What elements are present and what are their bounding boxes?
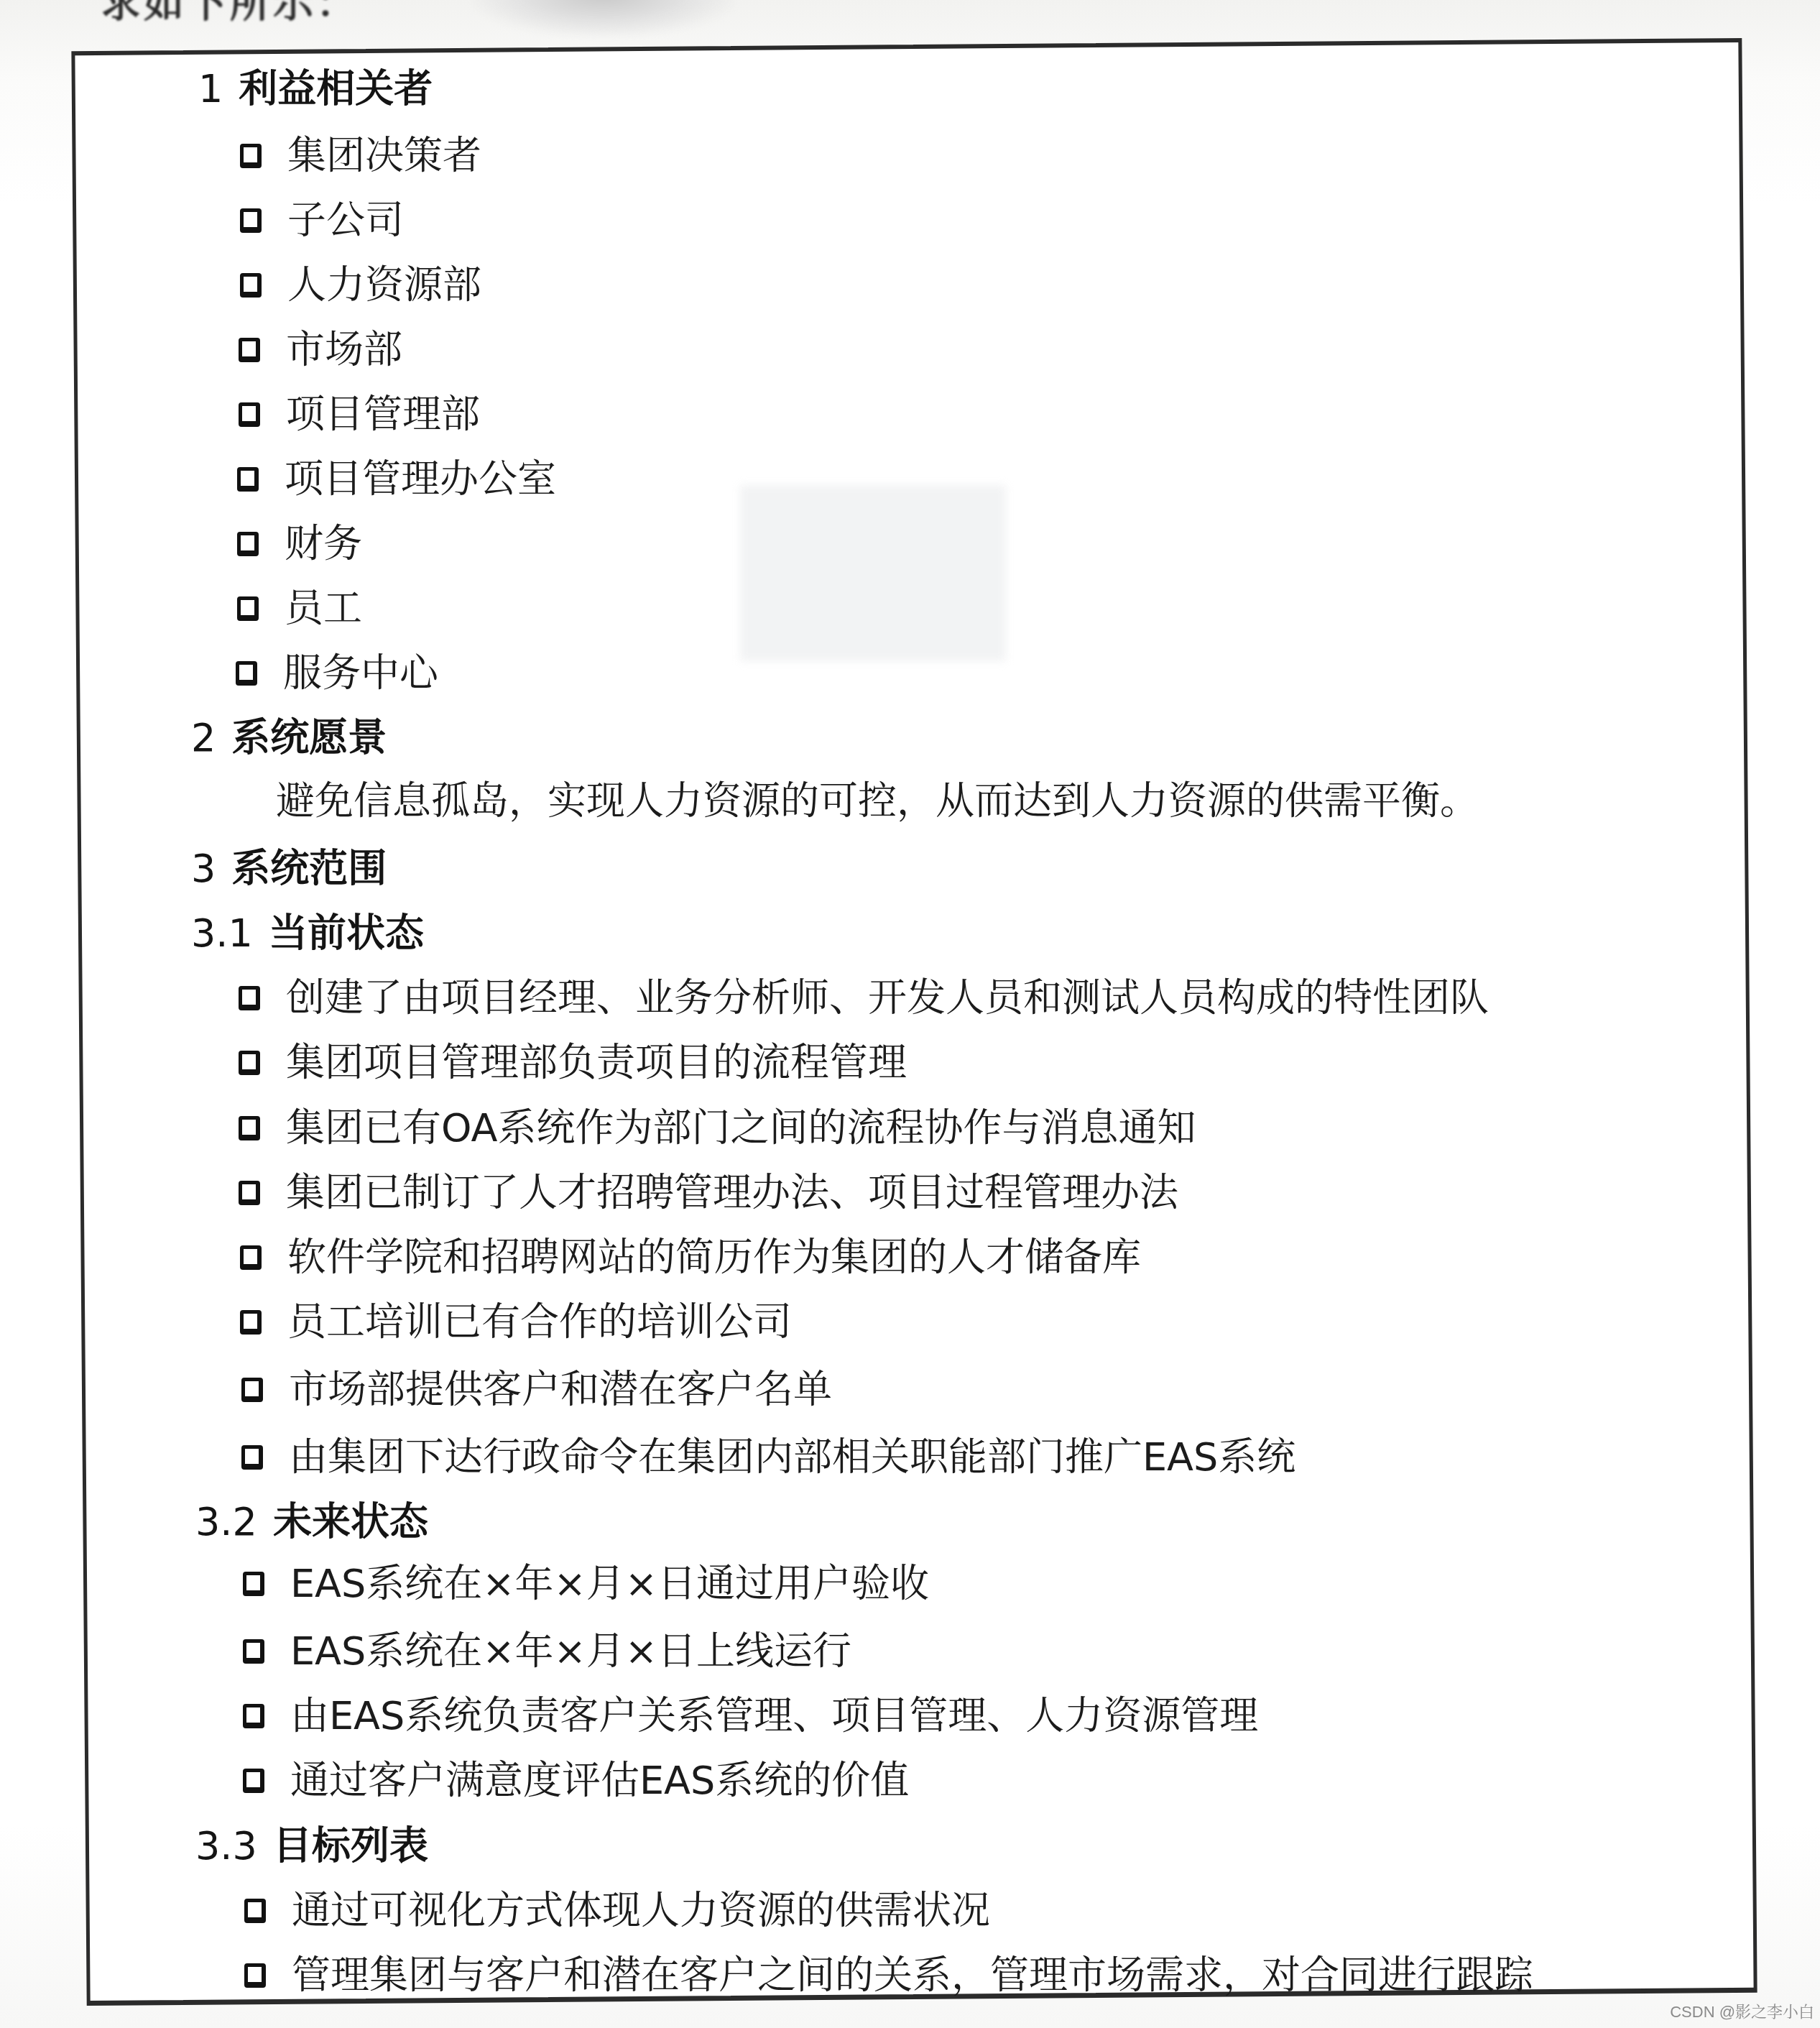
checkbox-icon — [240, 1245, 262, 1270]
section-heading-future-state: 3.2未来状态 — [195, 1503, 428, 1541]
section-heading-system-vision: 2系统愿景 — [191, 719, 387, 757]
list-item-text: 项目管理办公室 — [285, 460, 556, 499]
list-item-text: 人力资源部 — [287, 266, 481, 305]
list-item-text: 子公司 — [287, 201, 404, 240]
section-number: 2 — [191, 719, 216, 757]
checkbox-icon — [237, 532, 259, 556]
section-heading-stakeholders: 1利益相关者 — [198, 70, 433, 109]
checkbox-icon — [241, 1445, 263, 1470]
section-heading-system-scope: 3系统范围 — [191, 849, 387, 888]
list-item: 财务 — [237, 525, 362, 563]
checkbox-icon — [239, 338, 260, 362]
checkbox-icon — [239, 1181, 260, 1205]
section-number: 3.3 — [195, 1827, 257, 1866]
list-item-text: 集团已制订了人才招聘管理办法、项目过程管理办法 — [286, 1174, 1178, 1212]
checkbox-icon — [239, 402, 260, 427]
section-number: 3.1 — [191, 914, 253, 953]
checkbox-icon — [241, 1378, 263, 1402]
vision-scope-document: 1利益相关者 集团决策者 子公司 人力资源部 市场部 项目管理部 项目管理办公室… — [0, 0, 1820, 2028]
section-number: 1 — [198, 70, 223, 109]
checkbox-icon — [243, 1572, 264, 1596]
section-title: 系统愿景 — [231, 715, 387, 760]
list-item-text: 服务中心 — [283, 654, 438, 693]
list-item-text: EAS系统在×年×月×日上线运行 — [290, 1632, 851, 1671]
list-item-text: 集团决策者 — [287, 137, 481, 175]
section-heading-current-state: 3.1当前状态 — [191, 914, 424, 953]
checkbox-icon — [244, 1963, 266, 1988]
checkbox-icon — [237, 467, 259, 492]
list-item: 集团决策者 — [240, 137, 481, 175]
section-heading-goal-list: 3.3目标列表 — [195, 1827, 428, 1866]
list-item-text: 软件学院和招聘网站的简历作为集团的人才储备库 — [287, 1238, 1141, 1277]
list-item: 集团已制订了人才招聘管理办法、项目过程管理办法 — [239, 1174, 1178, 1212]
list-item: 集团已有OA系统作为部门之间的流程协作与消息通知 — [239, 1109, 1196, 1148]
list-item: 员工培训已有合作的培训公司 — [240, 1303, 792, 1342]
list-item-text: 通过可视化方式体现人力资源的供需状况 — [292, 1891, 990, 1930]
list-item-text: 通过客户满意度评估EAS系统的价值 — [290, 1761, 909, 1800]
list-item: 市场部提供客户和潜在客户名单 — [241, 1370, 832, 1409]
list-item: 集团项目管理部负责项目的流程管理 — [239, 1043, 907, 1082]
list-item-text: 市场部 — [286, 331, 402, 369]
list-item: 管理集团与客户和潜在客户之间的关系，管理市场需求，对合同进行跟踪 — [244, 1956, 1533, 1995]
checkbox-icon — [243, 1769, 264, 1793]
section-title: 目标列表 — [273, 1823, 428, 1868]
checkbox-icon — [240, 1310, 262, 1335]
checkbox-icon — [237, 596, 259, 621]
list-item-text: 由EAS系统负责客户关系管理、项目管理、人力资源管理 — [290, 1697, 1258, 1736]
list-item-text: 市场部提供客户和潜在客户名单 — [289, 1370, 832, 1409]
list-item-text: 集团项目管理部负责项目的流程管理 — [286, 1043, 907, 1082]
checkbox-icon — [240, 144, 262, 168]
list-item: 通过客户满意度评估EAS系统的价值 — [243, 1761, 909, 1800]
list-item-text: 创建了由项目经理、业务分析师、开发人员和测试人员构成的特性团队 — [286, 979, 1489, 1018]
checkbox-icon — [239, 986, 260, 1010]
section-title: 当前状态 — [269, 911, 424, 956]
list-item: EAS系统在×年×月×日通过用户验收 — [243, 1564, 929, 1603]
list-item: 由集团下达行政命令在集团内部相关职能部门推广EAS系统 — [241, 1438, 1295, 1477]
list-item: 子公司 — [240, 201, 404, 240]
list-item-text: 管理集团与客户和潜在客户之间的关系，管理市场需求，对合同进行跟踪 — [292, 1956, 1533, 1995]
checkbox-icon — [236, 661, 257, 686]
list-item-text: 项目管理部 — [286, 395, 480, 434]
section-title: 未来状态 — [273, 1499, 428, 1544]
list-item: 创建了由项目经理、业务分析师、开发人员和测试人员构成的特性团队 — [239, 979, 1489, 1018]
list-item: 员工 — [237, 589, 362, 628]
list-item: 人力资源部 — [240, 266, 481, 305]
vision-paragraph: 避免信息孤岛，实现人力资源的可控，从而达到人力资源的供需平衡。 — [276, 782, 1479, 821]
csdn-watermark: CSDN @影之李小白 — [1670, 2000, 1814, 2022]
checkbox-icon — [243, 1704, 264, 1728]
checkbox-icon — [239, 1051, 260, 1075]
list-item-text: 由集团下达行政命令在集团内部相关职能部门推广EAS系统 — [289, 1438, 1295, 1477]
list-item: 项目管理部 — [239, 395, 480, 434]
checkbox-icon — [243, 1639, 264, 1664]
list-item: 通过可视化方式体现人力资源的供需状况 — [244, 1891, 990, 1930]
list-item-text: 员工 — [285, 589, 362, 628]
list-item: EAS系统在×年×月×日上线运行 — [243, 1632, 851, 1671]
checkbox-icon — [244, 1899, 266, 1923]
list-item: 市场部 — [239, 331, 402, 369]
list-item-text: 集团已有OA系统作为部门之间的流程协作与消息通知 — [286, 1109, 1196, 1148]
section-number: 3.2 — [195, 1503, 257, 1541]
list-item: 项目管理办公室 — [237, 460, 556, 499]
list-item-text: EAS系统在×年×月×日通过用户验收 — [290, 1564, 929, 1603]
list-item: 软件学院和招聘网站的简历作为集团的人才储备库 — [240, 1238, 1141, 1277]
list-item-text: 员工培训已有合作的培训公司 — [287, 1303, 792, 1342]
list-item-text: 财务 — [285, 525, 362, 563]
list-item: 服务中心 — [236, 654, 438, 693]
checkbox-icon — [239, 1116, 260, 1140]
checkbox-icon — [240, 208, 262, 233]
section-title: 系统范围 — [231, 846, 387, 891]
section-title: 利益相关者 — [239, 66, 433, 111]
list-item: 由EAS系统负责客户关系管理、项目管理、人力资源管理 — [243, 1697, 1258, 1736]
section-number: 3 — [191, 849, 216, 888]
checkbox-icon — [240, 273, 262, 298]
